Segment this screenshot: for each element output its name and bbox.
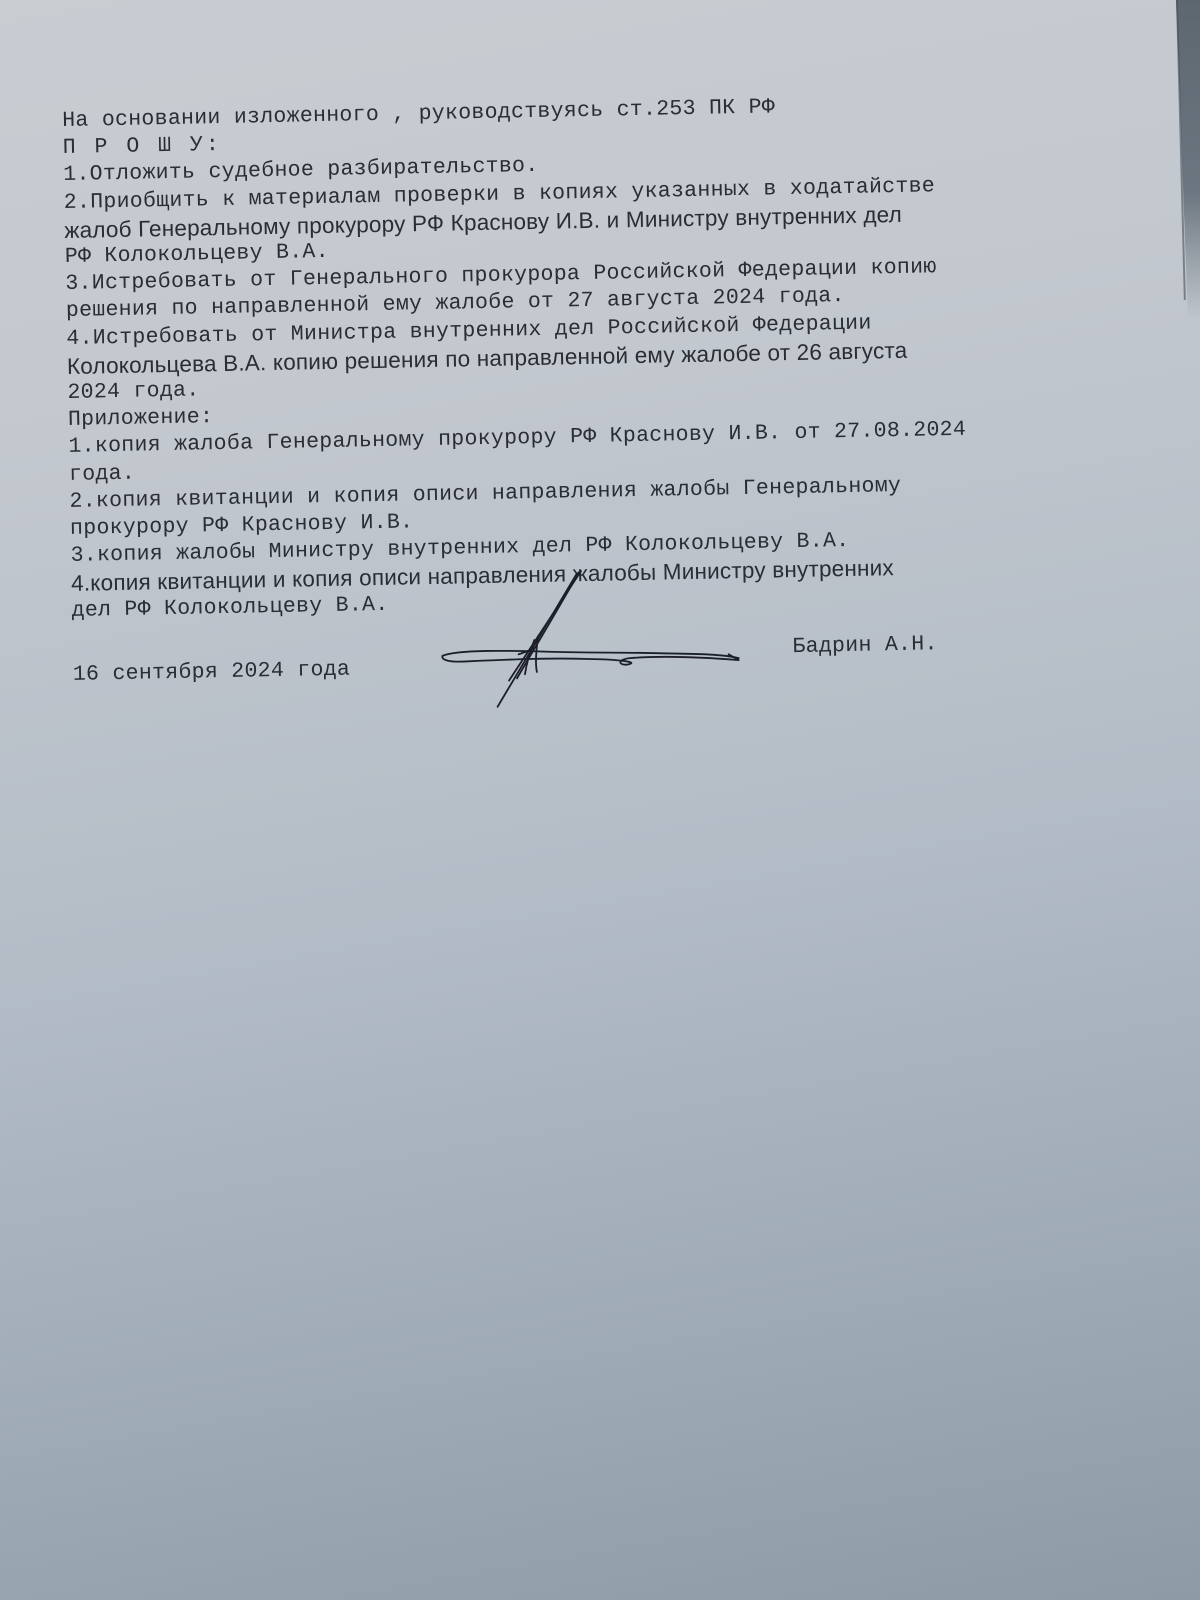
signature-date: 16 сентября 2024 года xyxy=(73,657,351,686)
handwritten-signature-icon xyxy=(437,566,750,712)
request-list: 1.Отложить судебное разбирательство. 2.П… xyxy=(63,142,1108,407)
document-page: На основании изложенного , руководствуяс… xyxy=(62,88,1113,709)
signatory-name: Бадрин А.Н. xyxy=(792,632,938,659)
